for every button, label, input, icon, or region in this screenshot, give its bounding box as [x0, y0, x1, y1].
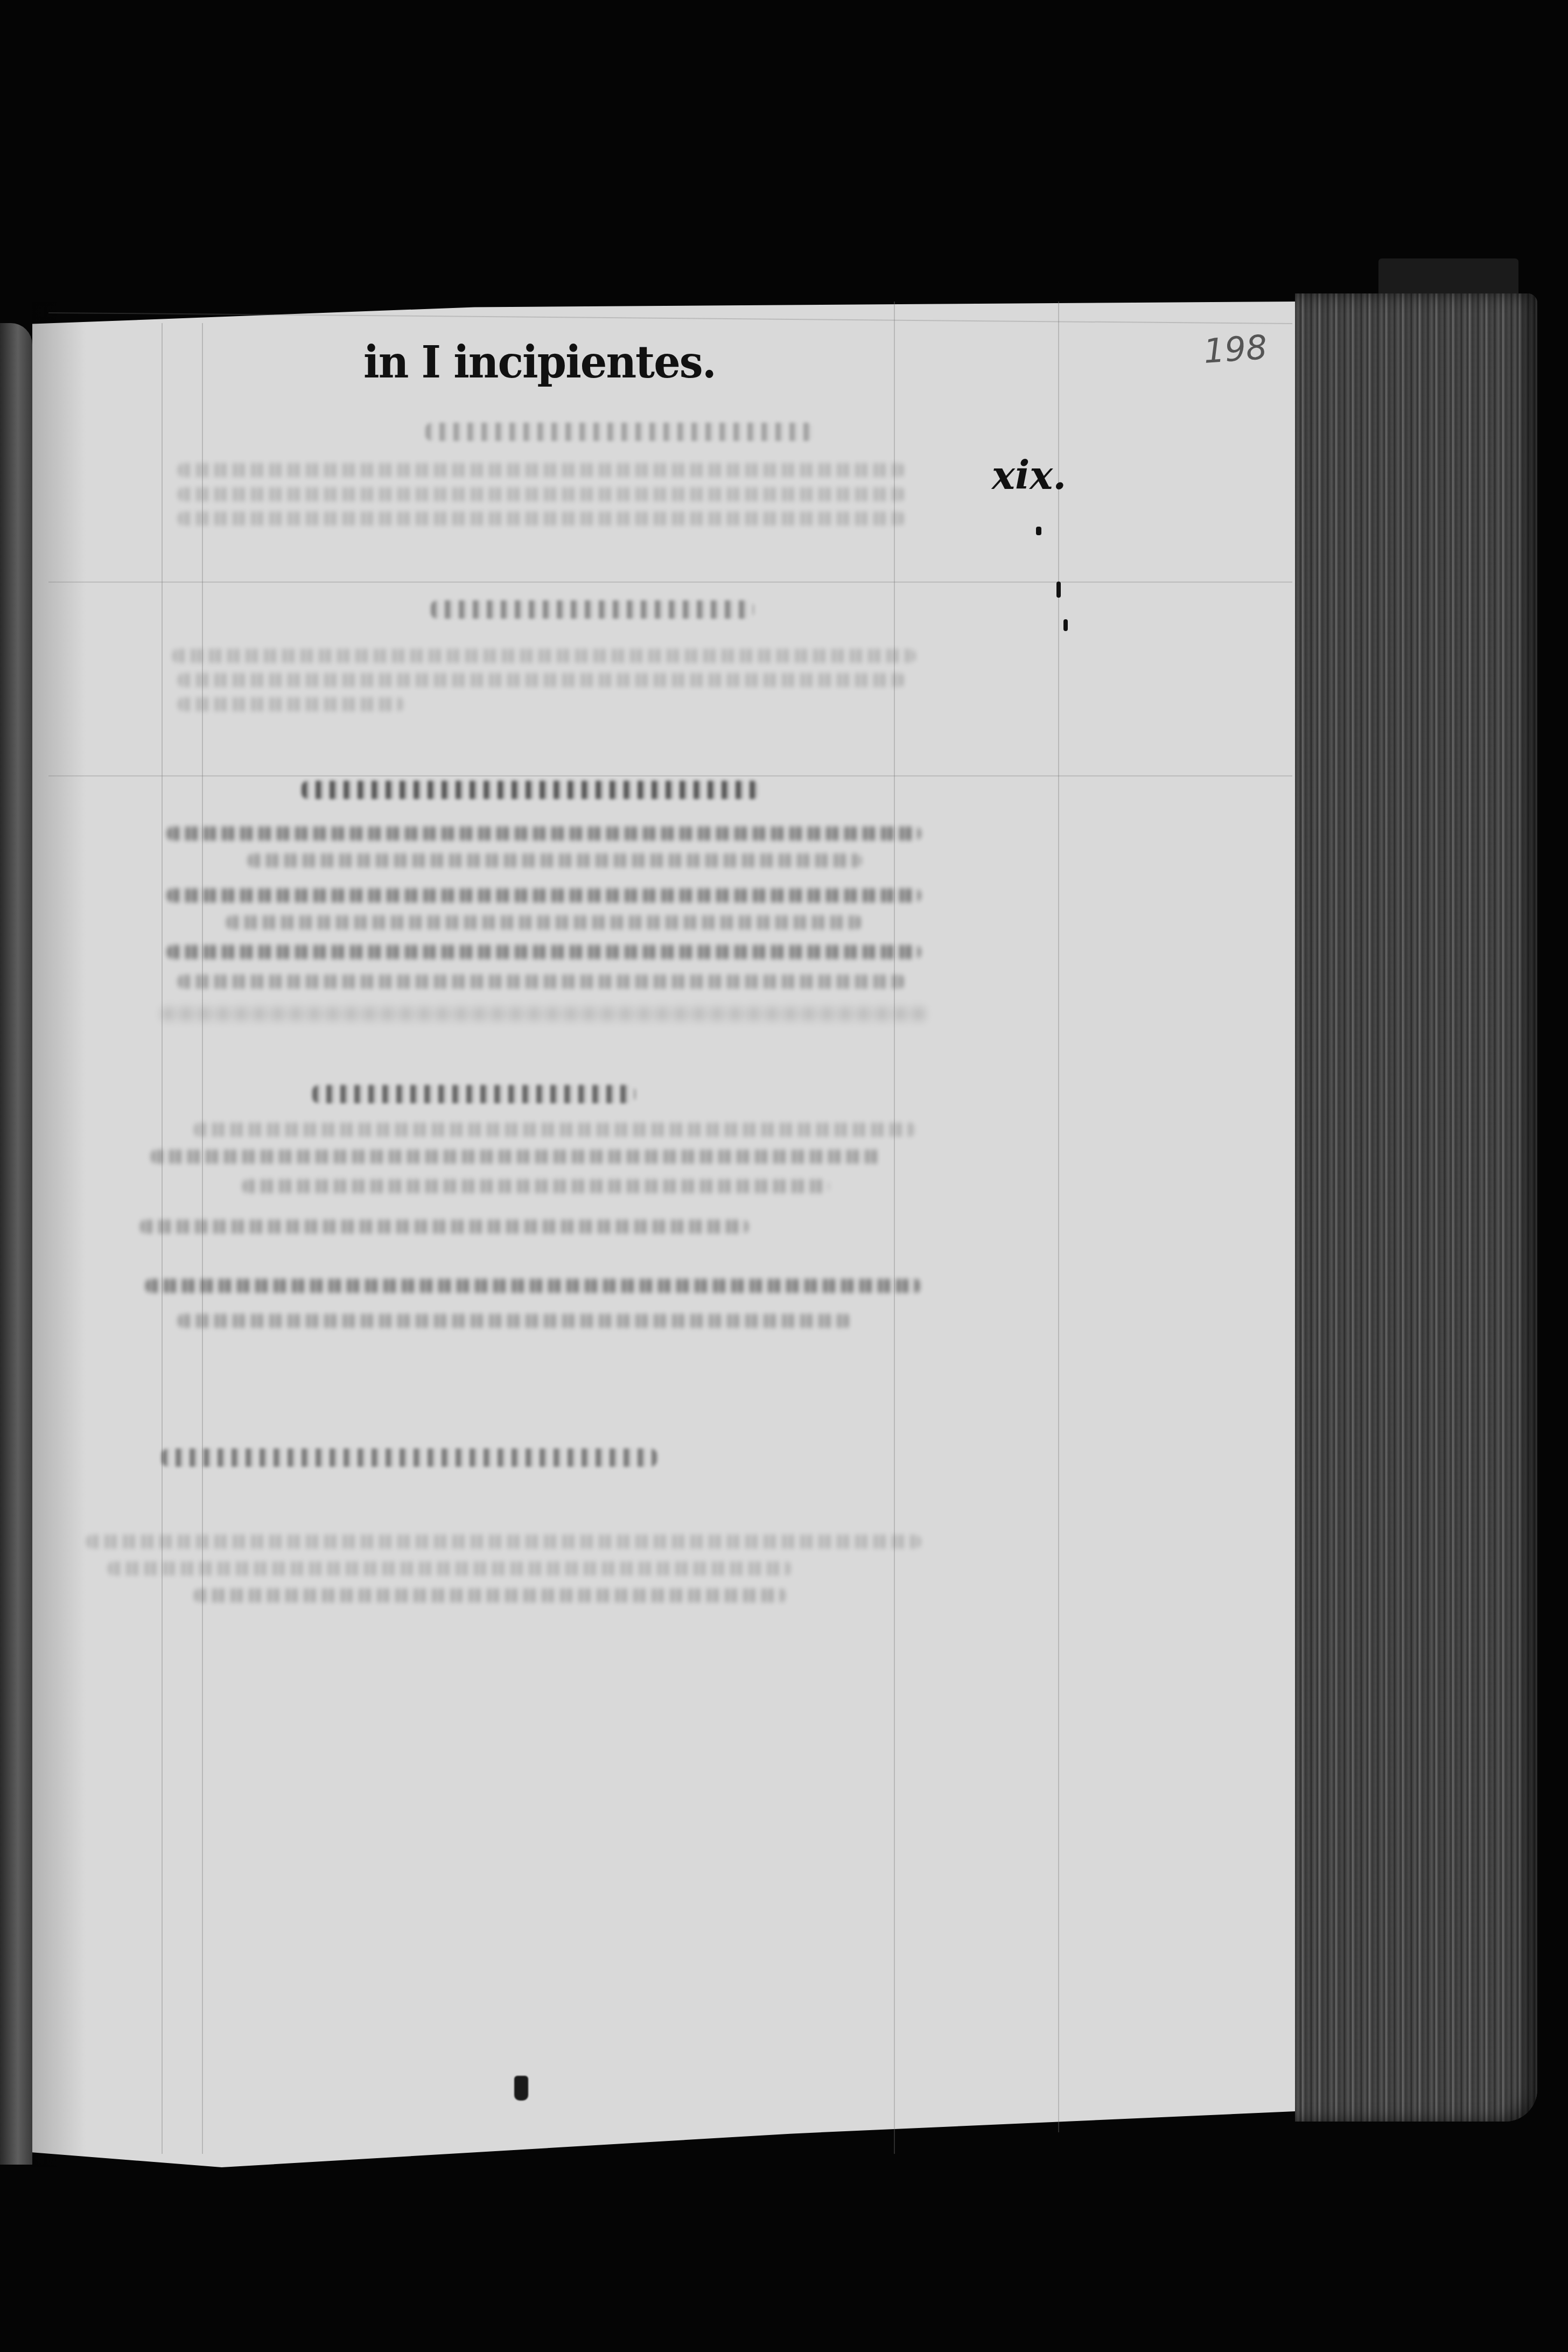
bleed-line — [167, 827, 921, 841]
bleed-line — [145, 1279, 921, 1293]
ruling-line-horizontal — [48, 582, 1292, 583]
ruling-line-vertical — [894, 302, 895, 2154]
bleed-line — [178, 697, 404, 711]
section-heading: [illegible bleed-through heading] — [0, 0, 1, 1]
bleed-heading — [312, 1085, 635, 1103]
section-heading: [illegible bleed-through heading] — [0, 0, 1, 1]
bleed-line — [178, 975, 905, 989]
bleed-line — [151, 1150, 883, 1164]
bleed-line — [194, 1588, 786, 1602]
bleed-line — [162, 1007, 926, 1021]
ruling-line-horizontal — [48, 775, 1292, 776]
pencil-folio-number: 198 — [1202, 327, 1269, 371]
bleed-line — [194, 1123, 915, 1137]
bleed-line — [167, 888, 921, 902]
ink-speck — [1056, 582, 1061, 598]
section-heading: [illegible bleed-through heading] — [0, 0, 1, 1]
bleed-line — [248, 853, 862, 867]
bleed-heading — [425, 423, 813, 441]
section-heading: [illegible bleed-through heading] — [0, 0, 1, 1]
section-heading: [illegible bleed-through heading] — [0, 0, 1, 1]
bleed-heading — [431, 600, 754, 619]
roman-numeral-xix: xix. — [992, 452, 1066, 498]
bleed-line — [178, 1314, 851, 1328]
signature-mark-label: [illegible mark] — [0, 0, 1, 1]
ink-speck — [1063, 619, 1068, 631]
running-head: in I incipientes. — [363, 337, 716, 389]
bleed-line — [172, 649, 915, 663]
bleed-line — [178, 463, 905, 477]
bleed-heading — [302, 781, 759, 799]
bleed-line — [167, 945, 921, 959]
bleed-line — [178, 487, 905, 501]
section-heading: [illegible bleed-through heading] — [0, 0, 1, 1]
ruling-line-vertical — [1058, 302, 1059, 2132]
left-facing-page-edge — [0, 323, 32, 2165]
bleed-line — [178, 512, 905, 526]
signature-mark — [514, 2076, 528, 2101]
ruling-line-vertical — [162, 323, 163, 2154]
bleed-heading — [162, 1448, 657, 1467]
bleed-line — [140, 1220, 748, 1234]
bleed-line — [86, 1535, 921, 1549]
bleed-line — [226, 915, 862, 929]
ink-speck — [1036, 527, 1041, 535]
bleed-line — [178, 673, 905, 687]
bleed-line — [108, 1562, 792, 1576]
fore-edge-page-block — [1295, 293, 1537, 2122]
bleed-line — [242, 1179, 829, 1193]
ruling-line-vertical — [202, 323, 203, 2154]
